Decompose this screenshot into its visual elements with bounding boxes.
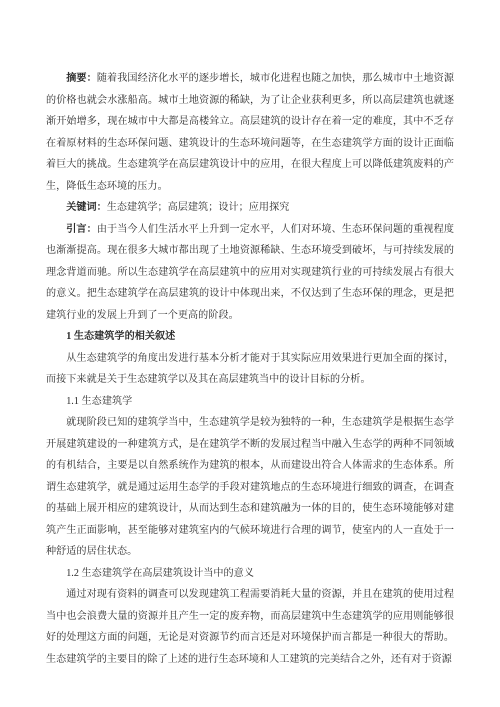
abstract-text: 随着我国经济化水平的逐步增长，城市化进程也随之加快，那么城市中土地资源的价格也就… [46, 73, 454, 192]
paper-body: 摘要：随着我国经济化水平的逐步增长，城市化进程也随之加快，那么城市中土地资源的价… [46, 68, 454, 670]
section-1-2-heading: 1.2 生态建筑学在高层建筑设计当中的意义 [46, 563, 454, 585]
keywords-label: 关键词： [66, 202, 107, 213]
abstract-paragraph: 摘要：随着我国经济化水平的逐步增长，城市化进程也随之加快，那么城市中土地资源的价… [46, 68, 454, 197]
keywords-text: 生态建筑学；高层建筑；设计；应用探究 [107, 202, 290, 213]
introduction-paragraph: 引言：由于当今人们生活水平上升到一定水平，人们对环境、生态环保问题的重视程度也渐… [46, 219, 454, 327]
introduction-label: 引言： [66, 224, 97, 235]
section-1-1-paragraph: 就现阶段已知的建筑学当中，生态建筑学是较为独特的一种，生态建筑学是根据生态学开展… [46, 412, 454, 563]
section-1-1-heading: 1.1 生态建筑学 [46, 391, 454, 413]
section-1-2-paragraph: 通过对现有资料的调查可以发现建筑工程需要消耗大量的资源，并且在建筑的使用过程当中… [46, 584, 454, 670]
introduction-text: 由于当今人们生活水平上升到一定水平，人们对环境、生态环保问题的重视程度也渐渐提高… [46, 224, 454, 321]
section-1-lead-paragraph: 从生态建筑学的角度出发进行基本分析才能对于其实际应用效果进行更加全面的探讨，而接… [46, 348, 454, 391]
abstract-label: 摘要： [66, 73, 97, 84]
keywords-paragraph: 关键词：生态建筑学；高层建筑；设计；应用探究 [46, 197, 454, 219]
section-1-heading: 1 生态建筑学的相关叙述 [46, 326, 454, 348]
paper-page: 摘要：随着我国经济化水平的逐步增长，城市化进程也随之加快，那么城市中土地资源的价… [0, 0, 500, 707]
